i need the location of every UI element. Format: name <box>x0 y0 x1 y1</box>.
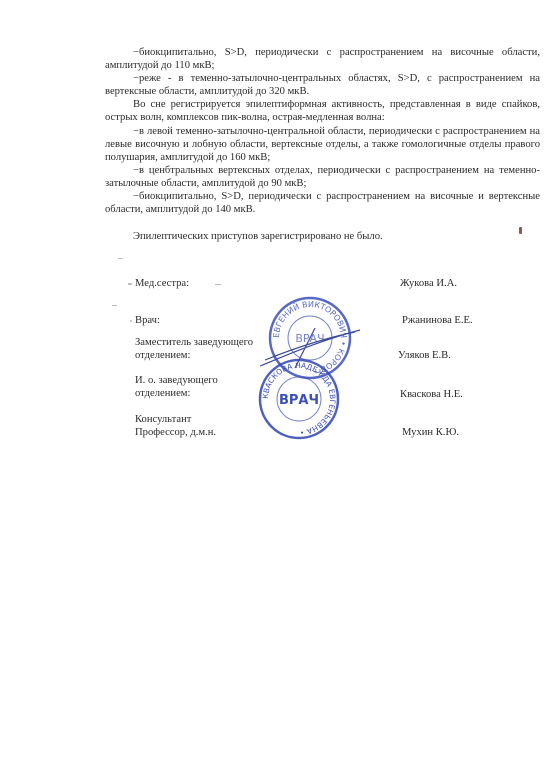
name-deputy-head: Уляков Е.В. <box>398 349 451 362</box>
paragraph-rarely-parietal: −реже - в теменно-затылочно-центральных … <box>105 72 540 98</box>
name-nurse: Жукова И.А. <box>400 277 457 290</box>
role-deputy-head: Заместитель заведующего отделением: <box>135 336 255 362</box>
scanned-document-page: −биокципитально, S>D, периодически с рас… <box>0 0 552 770</box>
scan-speck <box>215 284 221 285</box>
paragraph-no-seizures: Эпилептических приступов зарегистрирован… <box>105 230 540 243</box>
paragraph-bioccipital-2: −биокципитально, S>D, периодически с рас… <box>105 190 540 216</box>
ink-mark <box>519 227 522 234</box>
eeg-report-text: −биокципитально, S>D, периодически с рас… <box>105 46 540 243</box>
svg-text:ВРАЧ: ВРАЧ <box>279 393 319 408</box>
paragraph-left-region: −в левой теменно-затылочно-центральной о… <box>105 125 540 164</box>
name-doctor: Ржанинова Е.Е. <box>402 314 473 327</box>
paragraph-bioccipital-1: −биокципитально, S>D, периодически с рас… <box>105 46 540 72</box>
scan-speck <box>112 305 117 306</box>
name-consultant: Мухин К.Ю. <box>402 426 459 439</box>
scan-speck <box>128 283 132 285</box>
handwritten-signature-icon <box>255 318 365 378</box>
role-consultant: Консультант Профессор, д.м.н. <box>135 413 245 439</box>
scan-speck <box>118 258 123 259</box>
paragraph-sleep-activity: Во сне регистрируется эпилептиформная ак… <box>105 98 540 124</box>
paragraph-central-vertex: −в ценбтральных вертексных отделах, пери… <box>105 164 540 190</box>
scan-speck <box>130 320 132 322</box>
name-acting-head: Кваскова Н.Е. <box>400 388 463 401</box>
role-acting-head: И. о. заведующего отделением: <box>135 374 235 400</box>
